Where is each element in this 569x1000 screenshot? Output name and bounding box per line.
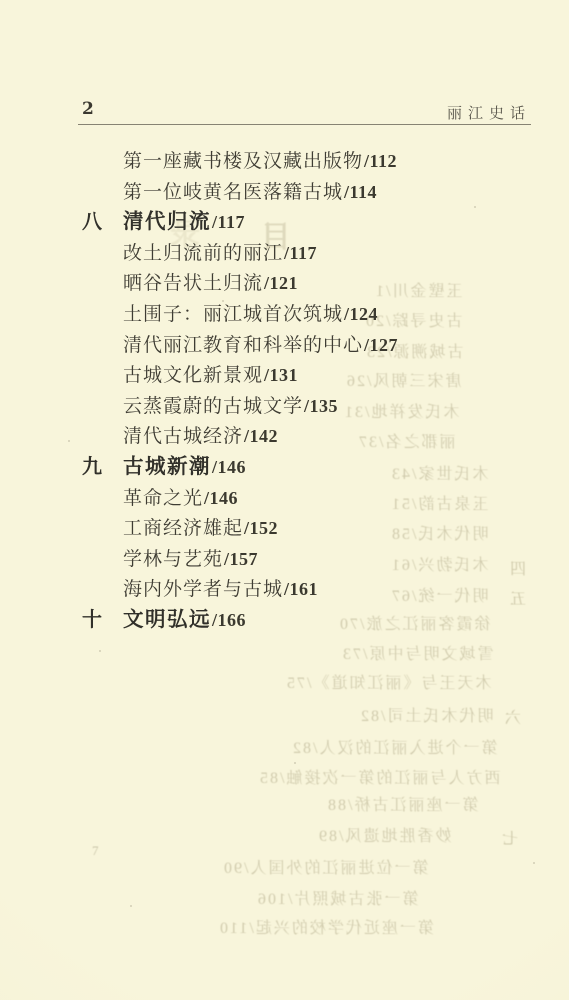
showthrough-text-line: 第一张古城照片/106 — [256, 886, 418, 909]
showthrough-text-line: 第一座近代学校的兴起/110 — [218, 915, 434, 938]
showthrough-text-line: 第一位进丽江的外国人/90 — [222, 855, 428, 878]
entry-page-number: /157 — [223, 549, 258, 569]
entry-title: 清代归流 — [123, 210, 211, 233]
toc-entry: 革命之光/146 — [82, 483, 542, 514]
entry-page-number: /146 — [203, 488, 238, 508]
toc-entry: 八清代归流/117 — [82, 207, 542, 238]
entry-page-number: /114 — [343, 182, 377, 202]
entry-title: 清代丽江教育和科举的中心 — [123, 335, 363, 356]
toc-entry: 海内外学者与古城/161 — [82, 574, 542, 605]
entry-page-number: /117 — [283, 243, 317, 263]
showthrough-chapter-marker: 六 — [505, 705, 521, 728]
toc-entry: 土围子：丽江城首次筑城/124 — [82, 299, 542, 330]
paper-speckle — [99, 650, 101, 652]
entry-page-number: /121 — [263, 273, 298, 293]
running-title: 丽江史话 — [447, 102, 531, 123]
paper-speckle — [222, 300, 224, 302]
book-page: 2 丽江史话 录目玉壁金川/1古史寻踪/20古城溯源/23唐宋三朝风/26木氏发… — [0, 0, 569, 1000]
entry-page-number: /117 — [211, 212, 245, 232]
entry-page-number: /161 — [283, 579, 318, 599]
chapter-number: 九 — [82, 452, 123, 483]
entry-title: 工商经济雄起 — [123, 518, 243, 539]
paper-speckle — [152, 524, 154, 526]
entry-page-number: /135 — [303, 396, 338, 416]
entry-title: 第一位岐黄名医落籍古城 — [123, 182, 343, 203]
stray-mark: 7 — [92, 843, 99, 859]
entry-page-number: /112 — [363, 151, 397, 171]
entry-title: 学林与艺苑 — [123, 549, 223, 570]
entry-page-number: /146 — [211, 457, 246, 477]
toc-entry: 十文明弘远/166 — [82, 605, 542, 636]
showthrough-text-line: 雪域文明与中原/73 — [341, 641, 493, 664]
entry-title: 清代古城经济 — [123, 426, 243, 447]
entry-title: 文明弘远 — [123, 608, 211, 631]
toc-entry: 工商经济雄起/152 — [82, 513, 542, 544]
showthrough-text-line: 明代木氏土司/82 — [359, 703, 493, 726]
entry-page-number: /127 — [363, 335, 398, 355]
toc-entry: 云蒸霞蔚的古城文学/135 — [82, 391, 542, 422]
showthrough-text-line: 木天王与《丽江知道》/75 — [285, 670, 491, 693]
entry-page-number: /166 — [211, 610, 246, 630]
page-number: 2 — [82, 99, 94, 119]
paper-speckle — [68, 440, 70, 442]
paper-speckle — [474, 206, 476, 208]
header-rule — [78, 124, 531, 125]
entry-title: 云蒸霞蔚的古城文学 — [123, 396, 303, 417]
toc-entry: 第一位岐黄名医落籍古城/114 — [82, 177, 542, 208]
showthrough-text-line: 西方人与丽江的第一次接触/85 — [258, 765, 500, 788]
entry-title: 第一座藏书楼及汉藏出版物 — [123, 151, 363, 172]
showthrough-chapter-marker: 七 — [502, 826, 518, 849]
showthrough-text-line: 第一个进入丽江的汉人/82 — [291, 735, 497, 758]
entry-title: 古城文化新景观 — [123, 365, 263, 386]
entry-page-number: /131 — [263, 365, 298, 385]
entry-page-number: /124 — [343, 304, 378, 324]
entry-page-number: /142 — [243, 426, 278, 446]
toc-entry: 九古城新潮/146 — [82, 452, 542, 483]
toc-entry: 学林与艺苑/157 — [82, 544, 542, 575]
entry-title: 土围子：丽江城首次筑城 — [123, 304, 343, 325]
entry-title: 革命之光 — [123, 488, 203, 509]
showthrough-text-line: 第一座丽江古桥/88 — [326, 792, 478, 815]
toc-entry: 古城文化新景观/131 — [82, 360, 542, 391]
entry-title: 海内外学者与古城 — [123, 579, 283, 600]
toc-entry: 改土归流前的丽江/117 — [82, 238, 542, 269]
toc-entry: 第一座藏书楼及汉藏出版物/112 — [82, 146, 542, 177]
showthrough-text-line: 妙香胜地遗风/89 — [317, 823, 451, 846]
chapter-number: 十 — [82, 605, 123, 636]
entry-title: 古城新潮 — [123, 455, 211, 478]
paper-speckle — [130, 905, 132, 907]
entry-title: 晒谷告状土归流 — [123, 273, 263, 294]
toc-list: 第一座藏书楼及汉藏出版物/112第一位岐黄名医落籍古城/114八清代归流/117… — [82, 146, 542, 636]
toc-entry: 晒谷告状土归流/121 — [82, 268, 542, 299]
paper-speckle — [294, 762, 296, 764]
toc-entry: 清代丽江教育和科举的中心/127 — [82, 330, 542, 361]
toc-entry: 清代古城经济/142 — [82, 421, 542, 452]
entry-title: 改土归流前的丽江 — [123, 243, 283, 264]
chapter-number: 八 — [82, 207, 123, 238]
paper-speckle — [533, 862, 535, 864]
entry-page-number: /152 — [243, 518, 278, 538]
